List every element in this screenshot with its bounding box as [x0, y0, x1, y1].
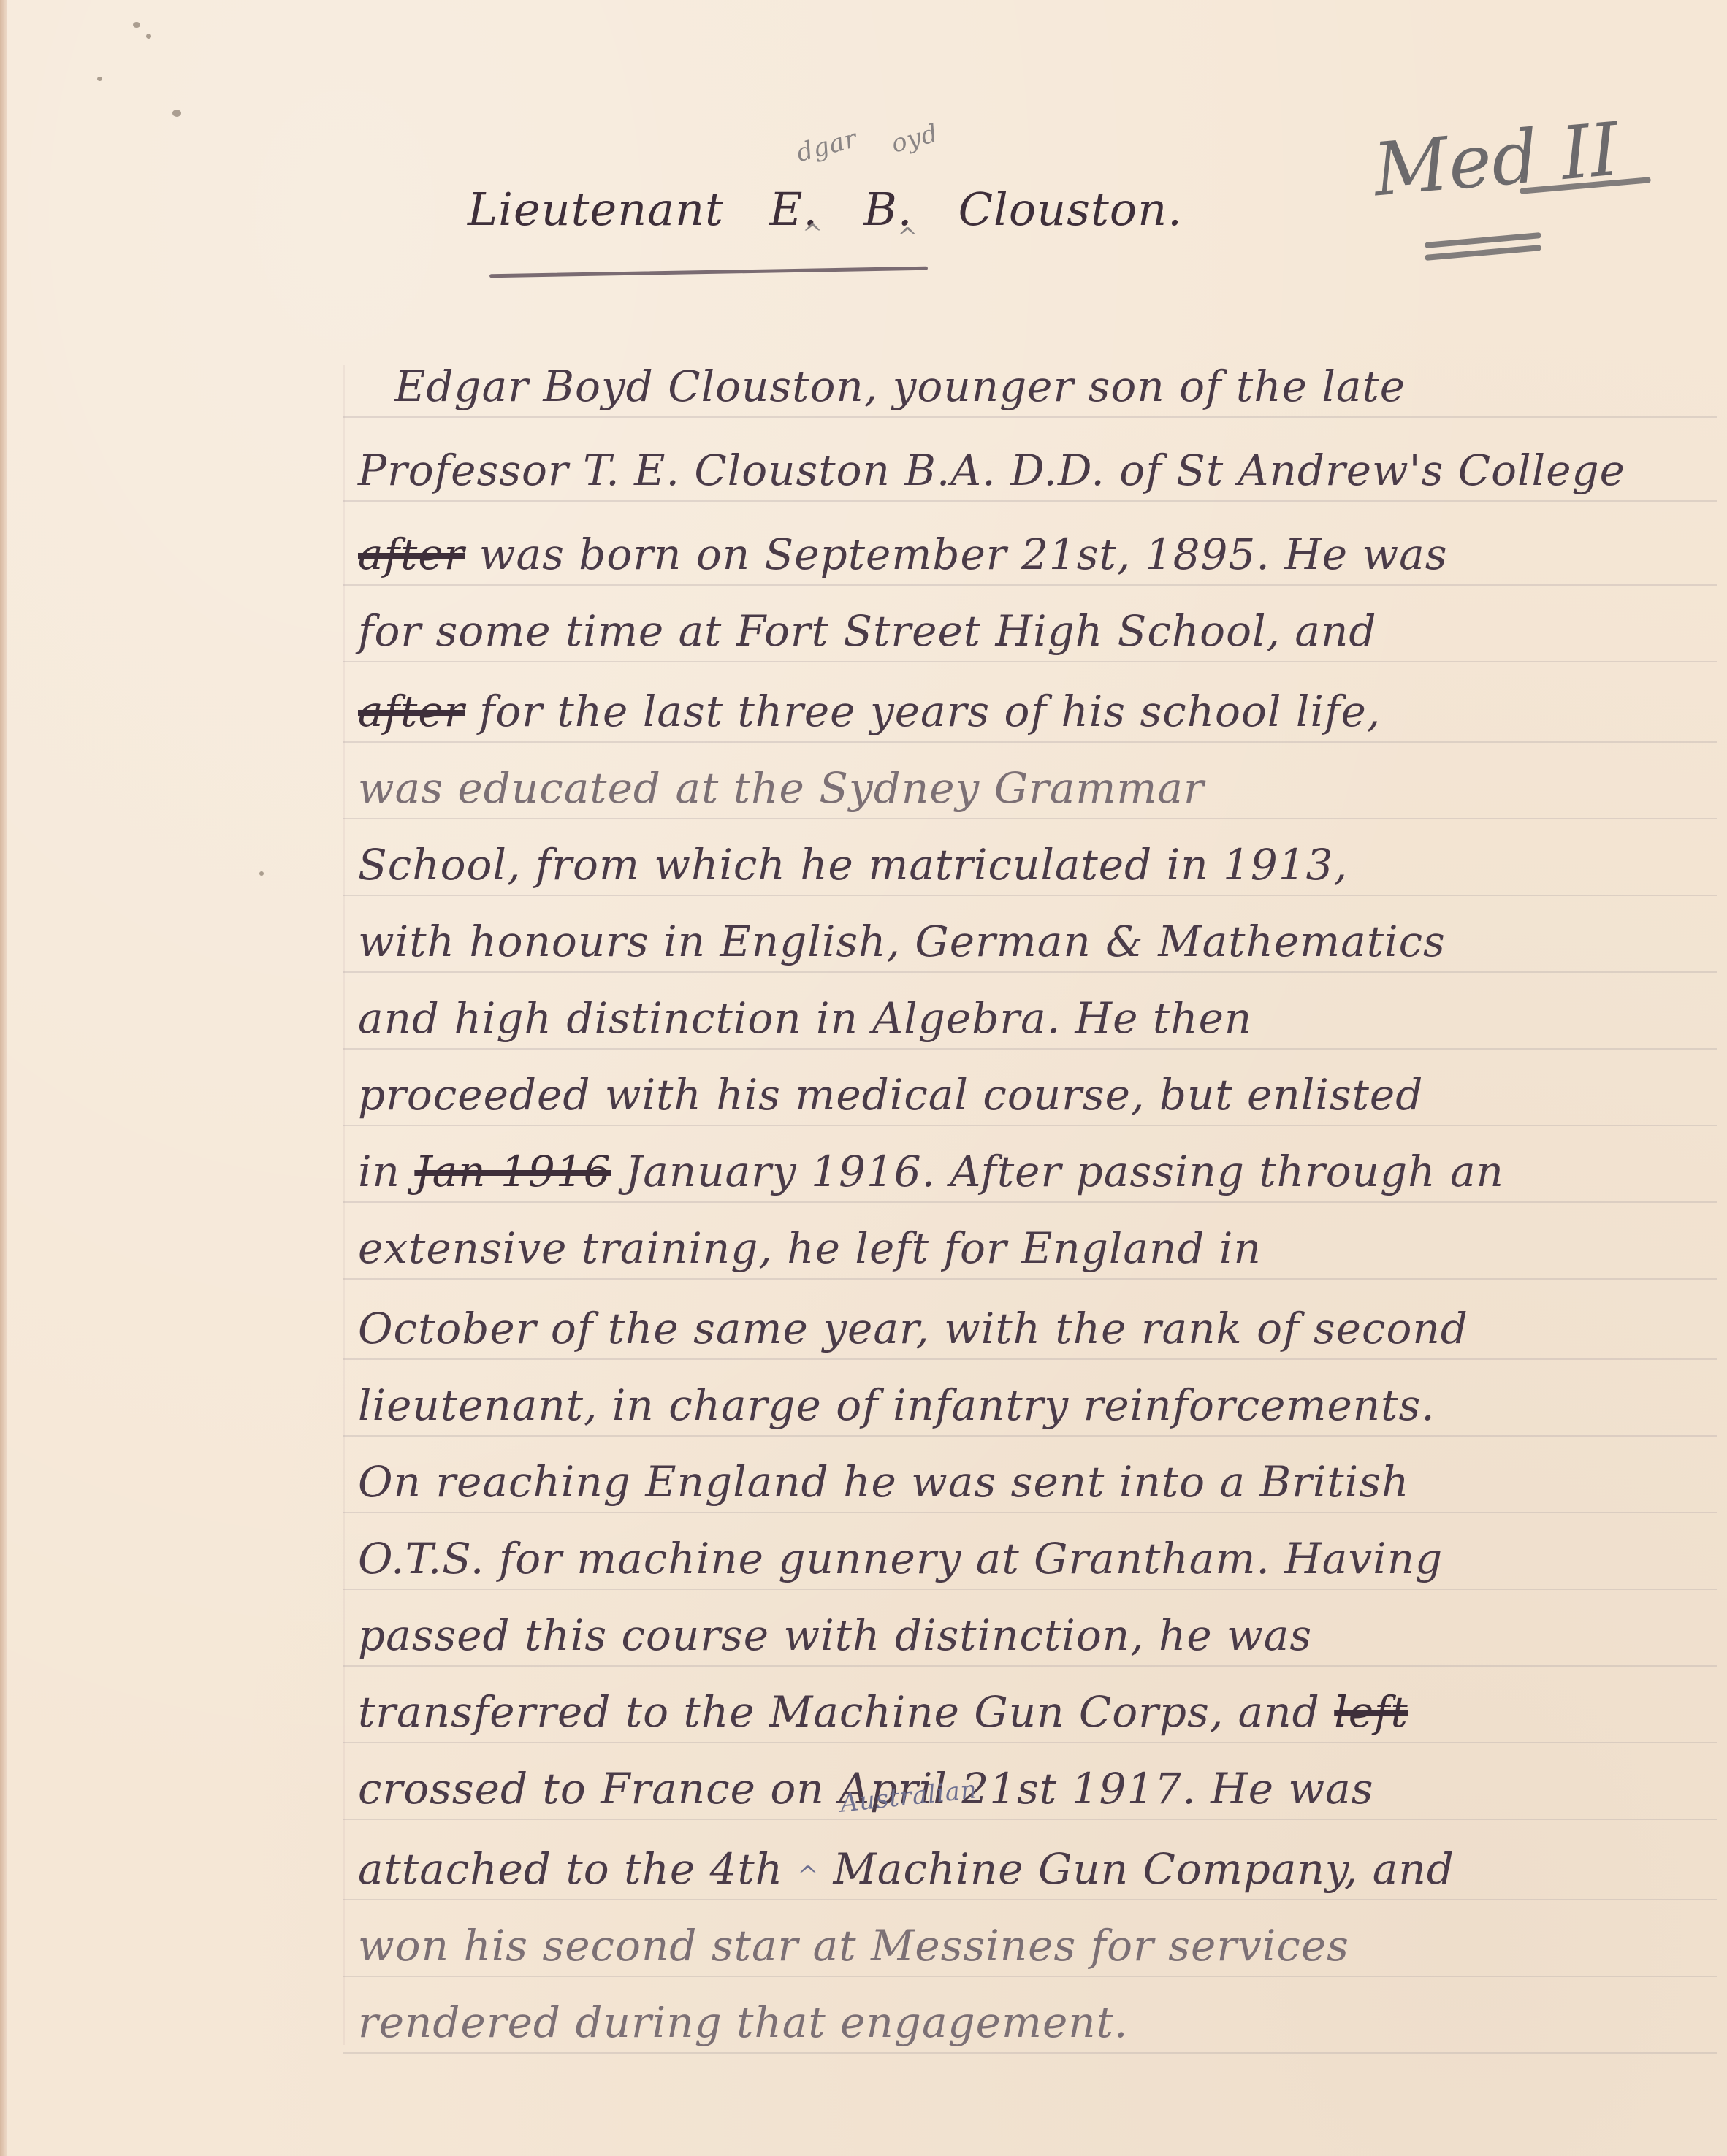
text-line-9: and high distinction in Algebra. He then — [358, 993, 1252, 1043]
struck-date: Jan 1916 — [414, 1147, 611, 1196]
text-line-1: Edgar Boyd Clouston, younger son of the … — [394, 362, 1406, 411]
text-line-13: October of the same year, with the rank … — [358, 1304, 1468, 1353]
ruled-line — [343, 2052, 1717, 2054]
paper-spot — [97, 77, 102, 81]
ruled-line — [343, 416, 1717, 418]
margin-line — [343, 365, 345, 2045]
text-line-7: School, from which he matriculated in 19… — [358, 840, 1348, 890]
ruled-line — [343, 1435, 1717, 1437]
ruled-line — [343, 1358, 1717, 1360]
text-line-2: Professor T. E. Clouston B.A. D.D. of St… — [358, 446, 1625, 495]
paper-spot — [172, 110, 181, 117]
pencil-annotation: Med II — [1370, 107, 1623, 213]
ruled-line — [343, 1899, 1717, 1900]
text-line-8: with honours in English, German & Mathem… — [358, 917, 1446, 966]
text-line-15: On reaching England he was sent into a B… — [358, 1457, 1409, 1507]
pencil-underline — [1425, 245, 1541, 261]
ruled-line — [343, 1278, 1717, 1280]
text-line-5: after for the last three years of his sc… — [358, 687, 1381, 736]
insertion-caret: ^ — [897, 223, 919, 252]
ruled-line — [343, 1589, 1717, 1590]
text-line-10: proceeded with his medical course, but e… — [358, 1070, 1423, 1120]
paper-spot — [146, 34, 151, 39]
struck-word: after — [358, 687, 465, 736]
ruled-line — [343, 1125, 1717, 1126]
text-line-3: after was born on September 21st, 1895. … — [358, 530, 1448, 579]
text-line-20: attached to the 4th ^ Machine Gun Compan… — [358, 1844, 1455, 1894]
text-line-6: was educated at the Sydney Grammar — [358, 763, 1205, 813]
text-line-17: passed this course with distinction, he … — [358, 1610, 1312, 1660]
paper-spot — [259, 871, 264, 876]
ruled-line — [343, 584, 1717, 586]
title-surname: Clouston. — [958, 183, 1183, 236]
interlinear-edgar: dgar — [793, 124, 861, 168]
ruled-line — [343, 1665, 1717, 1667]
ruled-line — [343, 1976, 1717, 1977]
ruled-line — [343, 500, 1717, 502]
ruled-line — [343, 971, 1717, 973]
text-line-18: transferred to the Machine Gun Corps, an… — [358, 1687, 1408, 1737]
ruled-line — [343, 1048, 1717, 1050]
text-line-11: in Jan 1916 January 1916. After passing … — [358, 1147, 1504, 1196]
text-line-14: lieutenant, in charge of infantry reinfo… — [358, 1380, 1436, 1430]
title-rank: Lieutenant — [468, 183, 724, 236]
ruled-line — [343, 1201, 1717, 1203]
ruled-line — [343, 741, 1717, 743]
ruled-line — [343, 661, 1717, 662]
ruled-line — [343, 818, 1717, 819]
struck-word: after — [358, 530, 465, 579]
ruled-line — [343, 1512, 1717, 1513]
ruled-line — [343, 895, 1717, 896]
text-line-16: O.T.S. for machine gunnery at Grantham. … — [358, 1534, 1443, 1583]
page-edge — [0, 0, 7, 2156]
ruled-line — [343, 1819, 1717, 1820]
text-line-12: extensive training, he left for England … — [358, 1223, 1262, 1273]
paper-spot — [133, 22, 140, 28]
ruled-line — [343, 1742, 1717, 1743]
text-line-21: won his second star at Messines for serv… — [358, 1921, 1349, 1970]
insertion-caret: ^ — [802, 219, 824, 248]
interlinear-boyd: oyd — [888, 118, 942, 158]
title-underline — [489, 267, 928, 278]
text-line-4: for some time at Fort Street High School… — [358, 606, 1377, 656]
text-line-22: rendered during that engagement. — [358, 1998, 1128, 2047]
struck-word: left — [1334, 1687, 1408, 1737]
document-title: Lieutenant E. B. Clouston. — [468, 183, 1183, 236]
insertion-caret: ^ — [798, 1861, 820, 1890]
